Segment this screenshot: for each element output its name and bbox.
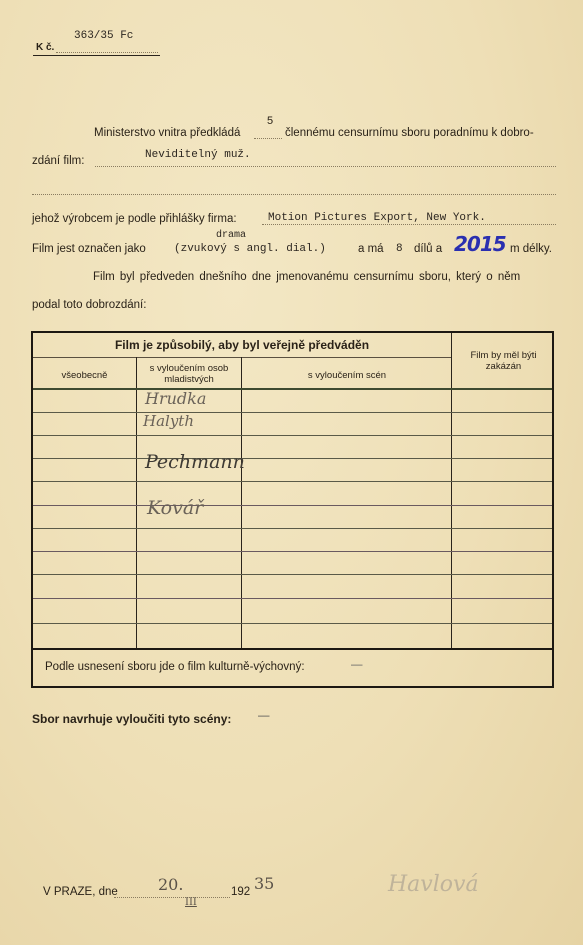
parts-suffix: dílů a <box>414 243 442 255</box>
genre: drama <box>216 230 246 241</box>
cultural-film-label: Podle usnesení sboru jde o film kulturně… <box>45 661 305 673</box>
member-count: 5 <box>267 115 273 127</box>
signature-2: Halyth <box>143 412 194 430</box>
producer-line <box>262 224 556 225</box>
length-suffix: m délky. <box>510 243 552 255</box>
row-line <box>33 623 552 624</box>
header-divider <box>33 388 552 390</box>
row-line <box>33 481 552 482</box>
row-line <box>33 458 552 459</box>
row-line <box>33 574 552 575</box>
producer-label: jehož výrobcem je podle přihlášky firma: <box>32 213 237 225</box>
parts-label: a má <box>358 243 384 255</box>
row-line <box>33 505 552 506</box>
official-signature: Havlová <box>388 872 479 897</box>
parts-count: 8 <box>396 243 403 255</box>
marking-label: Film jest označen jako <box>32 243 146 255</box>
film-length: 2015 <box>454 232 506 256</box>
year-suffix: 35 <box>254 874 274 893</box>
row-line <box>33 412 552 413</box>
date-month: III <box>185 897 197 908</box>
column-header-general: všeobecně <box>33 370 136 381</box>
row-line <box>33 551 552 552</box>
date-day: 20. <box>158 875 183 894</box>
divider-col1 <box>136 357 137 649</box>
signature-4: Kovář <box>147 497 203 519</box>
divider-banned <box>451 333 452 649</box>
footer-divider <box>33 648 552 650</box>
reference-label: K č. <box>36 42 54 53</box>
marking-value: (zvukový s angl. dial.) <box>174 243 326 255</box>
row-line <box>33 528 552 529</box>
intro-text-after: člennému censurnímu sboru poradnímu k do… <box>285 127 534 139</box>
member-count-line <box>254 138 282 139</box>
table-title: Film je způsobilý, aby byl veřejně předv… <box>33 338 451 352</box>
screening-line-2: podal toto dobrozdání: <box>32 299 146 311</box>
column-header-scenes: s vyloučením scén <box>242 370 452 381</box>
signature-1: Hrudka <box>145 389 206 408</box>
reference-underline <box>33 55 160 56</box>
reference-number: 363/35 Fc <box>74 30 133 42</box>
divider-col2 <box>241 357 242 649</box>
place-label: V PRAZE, dne <box>43 886 118 898</box>
cultural-film-value: — <box>351 659 363 671</box>
column-header-banned: Film by měl býti zakázán <box>453 350 554 372</box>
blank-dotted-line <box>32 194 556 195</box>
intro-text-before: Ministerstvo vnitra předkládá <box>94 127 240 139</box>
film-title: Neviditelný muž. <box>145 149 251 161</box>
date-line <box>114 897 230 898</box>
year-prefix: 192 <box>231 886 250 898</box>
verdict-table: Film je způsobilý, aby byl veřejně předv… <box>31 331 554 688</box>
title-divider <box>33 357 452 358</box>
column-header-minors: s vyloučením osob mladistvých <box>137 363 241 385</box>
screening-line-1: Film byl předveden dnešního dne jmenovan… <box>93 271 520 283</box>
row-line <box>33 598 552 599</box>
producer-value: Motion Pictures Export, New York. <box>268 212 486 224</box>
excluded-scenes-label: Sbor navrhuje vyloučiti tyto scény: <box>32 712 231 726</box>
signature-3: Pechmann <box>145 451 245 473</box>
excluded-scenes-value: — <box>258 710 270 722</box>
film-title-line <box>95 166 556 167</box>
reference-dotted-line <box>56 52 158 53</box>
row-line <box>33 435 552 436</box>
film-label: zdání film: <box>32 155 84 167</box>
